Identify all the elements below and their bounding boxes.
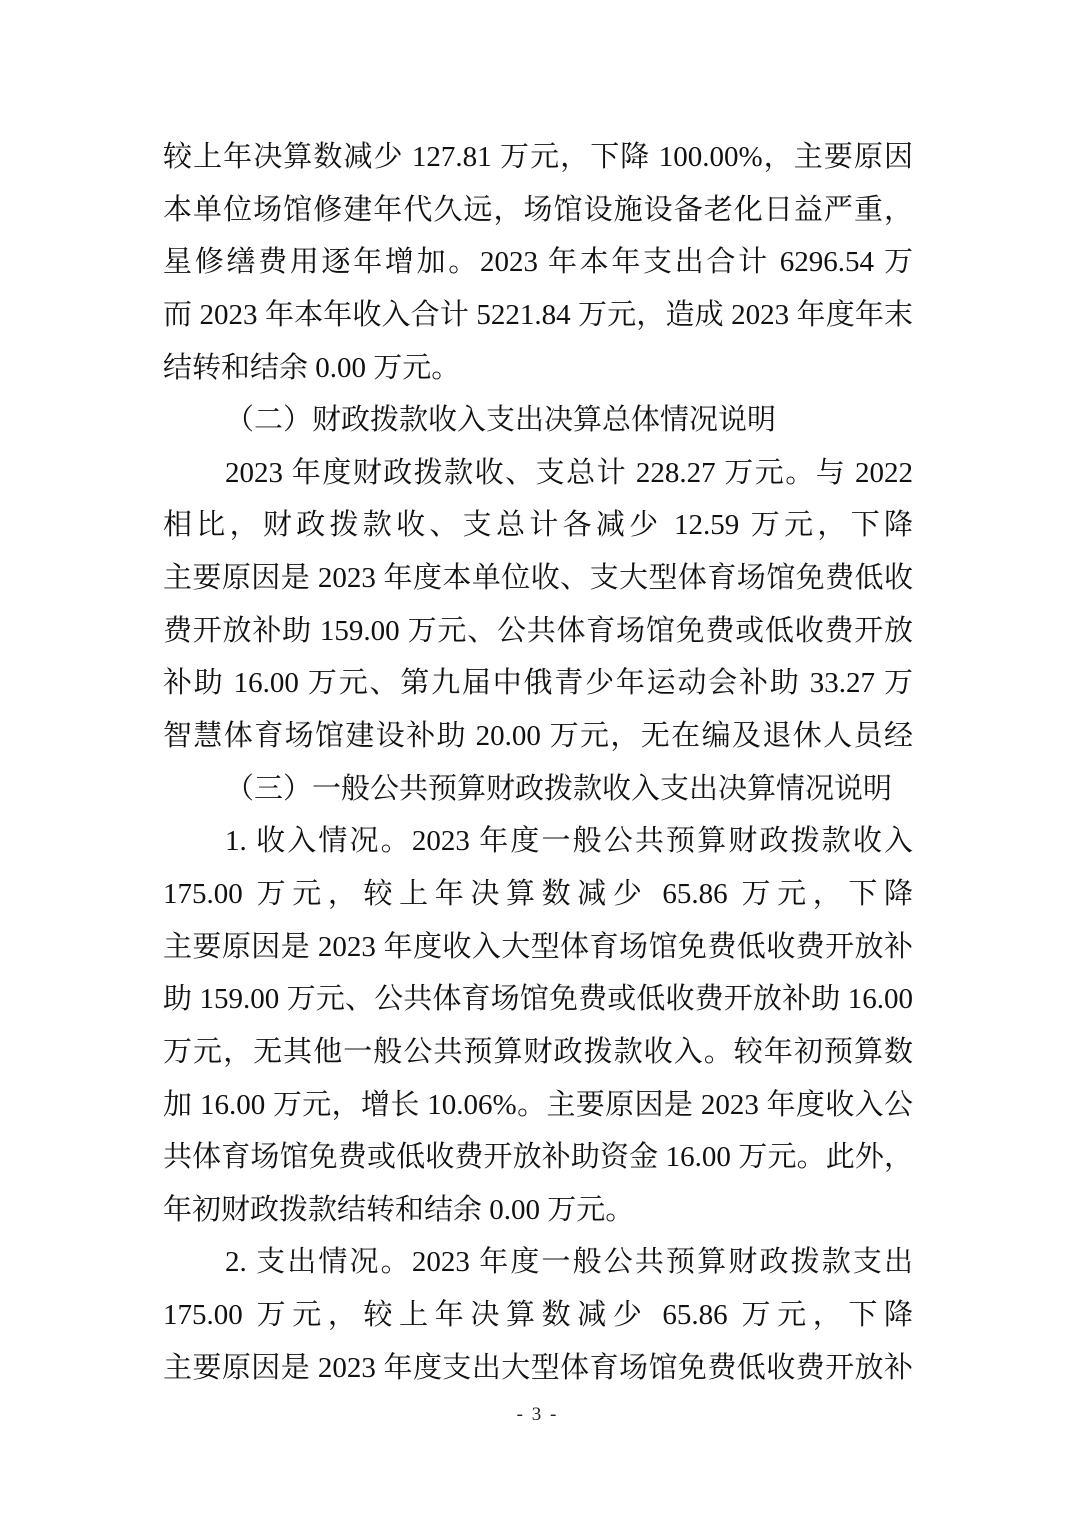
body-line: 主要原因是 2023 年度收入大型体育场馆免费低收费开放补 bbox=[163, 921, 913, 974]
body-line: 星修缮费用逐年增加。2023 年本年支出合计 6296.54 万元， bbox=[163, 236, 913, 289]
body-line: 175.00 万元，较上年决算数减少 65.86 万元，下降 27.34%。 bbox=[163, 1289, 913, 1342]
body-line: 结转和结余 0.00 万元。 bbox=[163, 342, 913, 395]
body-line: 加 16.00 万元，增长 10.06%。主要原因是 2023 年度收入公 bbox=[163, 1079, 913, 1132]
paragraph-fiscal-appropriation-summary: 2023 年度财政拨款收、支总计 228.27 万元。与 2022 年 相比，财… bbox=[163, 447, 913, 763]
paragraph-expenditure-situation: 2. 支出情况。2023 年度一般公共预算财政拨款支出 175.00 万元，较上… bbox=[163, 1236, 913, 1394]
body-line: 相比，财政拨款收、支总计各减少 12.59 万元，下降 5.23%。 bbox=[163, 499, 913, 552]
body-line: 主要原因是 2023 年度支出大型体育场馆免费低收费开放补 bbox=[163, 1342, 913, 1395]
paragraph-continuation: 较上年决算数减少 127.81 万元，下降 100.00%，主要原因是 本单位场… bbox=[163, 131, 913, 394]
body-line: 而 2023 年本年收入合计 5221.84 万元，造成 2023 年度年末 bbox=[163, 289, 913, 342]
body-line: 费开放补助 159.00 万元、公共体育场馆免费或低收费开放 bbox=[163, 605, 913, 658]
body-line: 万元，无其他一般公共预算财政拨款收入。较年初预算数增 bbox=[163, 1026, 913, 1079]
body-line: 2. 支出情况。2023 年度一般公共预算财政拨款支出 bbox=[163, 1236, 913, 1289]
body-line: 本单位场馆修建年代久远，场馆设施设备老化日益严重，零 bbox=[163, 184, 913, 237]
body-line: 共体育场馆免费或低收费开放补助资金 16.00 万元。此外， bbox=[163, 1131, 913, 1184]
body-line: 较上年决算数减少 127.81 万元，下降 100.00%，主要原因是 bbox=[163, 131, 913, 184]
section-heading-2: （二）财政拨款收入支出决算总体情况说明 bbox=[163, 394, 913, 447]
page-number: - 3 - bbox=[0, 1402, 1075, 1428]
body-line: 补助 16.00 万元、第九届中俄青少年运动会补助 33.27 万元、 bbox=[163, 657, 913, 710]
body-line: 175.00 万元，较上年决算数减少 65.86 万元，下降 27.34%。 bbox=[163, 868, 913, 921]
paragraph-income-situation: 1. 收入情况。2023 年度一般公共预算财政拨款收入 175.00 万元，较上… bbox=[163, 815, 913, 1236]
document-body: 较上年决算数减少 127.81 万元，下降 100.00%，主要原因是 本单位场… bbox=[163, 131, 913, 1394]
heading-line: （二）财政拨款收入支出决算总体情况说明 bbox=[163, 394, 913, 447]
body-line: 主要原因是 2023 年度本单位收、支大型体育场馆免费低收 bbox=[163, 552, 913, 605]
body-line: 年初财政拨款结转和结余 0.00 万元。 bbox=[163, 1184, 913, 1237]
body-line: 1. 收入情况。2023 年度一般公共预算财政拨款收入 bbox=[163, 815, 913, 868]
body-line: 助 159.00 万元、公共体育场馆免费或低收费开放补助 16.00 bbox=[163, 973, 913, 1026]
body-line: 2023 年度财政拨款收、支总计 228.27 万元。与 2022 年 bbox=[163, 447, 913, 500]
section-heading-3: （三）一般公共预算财政拨款收入支出决算情况说明 bbox=[163, 763, 913, 816]
body-line: 智慧体育场馆建设补助 20.00 万元，无在编及退休人员经费。 bbox=[163, 710, 913, 763]
document-page: 较上年决算数减少 127.81 万元，下降 100.00%，主要原因是 本单位场… bbox=[0, 0, 1075, 1520]
heading-line: （三）一般公共预算财政拨款收入支出决算情况说明 bbox=[163, 763, 913, 816]
